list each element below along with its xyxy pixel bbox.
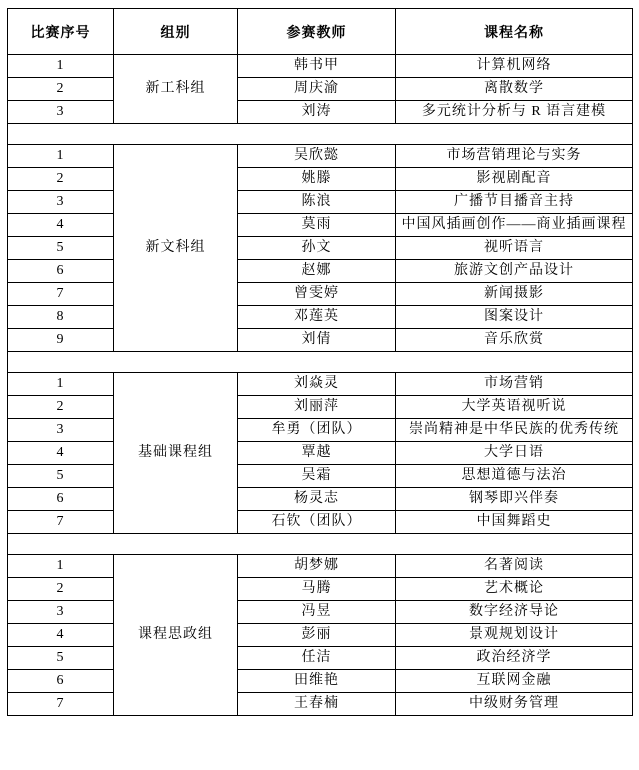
course-cell: 思想道德与法治 xyxy=(396,465,633,488)
competition-number-cell: 7 xyxy=(8,511,114,534)
table-row: 3牟勇（团队）崇尚精神是中华民族的优秀传统 xyxy=(8,419,633,442)
course-cell: 市场营销 xyxy=(396,373,633,396)
teacher-cell: 冯昱 xyxy=(238,601,396,624)
course-cell: 新闻摄影 xyxy=(396,283,633,306)
competition-number-cell: 7 xyxy=(8,283,114,306)
table-row: 1课程思政组胡梦娜名著阅读 xyxy=(8,555,633,578)
table-row: 2周庆渝离散数学 xyxy=(8,78,633,101)
competition-number-cell: 1 xyxy=(8,145,114,168)
table-row: 7曾雯婷新闻摄影 xyxy=(8,283,633,306)
table-row: 3冯昱数字经济导论 xyxy=(8,601,633,624)
group-cell: 新文科组 xyxy=(114,145,238,352)
competition-number-cell: 4 xyxy=(8,624,114,647)
table-row: 7王春楠中级财务管理 xyxy=(8,693,633,716)
teacher-cell: 吴欣懿 xyxy=(238,145,396,168)
course-cell: 影视剧配音 xyxy=(396,168,633,191)
teacher-cell: 姚滕 xyxy=(238,168,396,191)
competition-number-cell: 9 xyxy=(8,329,114,352)
teacher-cell: 韩书甲 xyxy=(238,55,396,78)
course-cell: 市场营销理论与实务 xyxy=(396,145,633,168)
course-cell: 大学日语 xyxy=(396,442,633,465)
table-row: 2刘丽萍大学英语视听说 xyxy=(8,396,633,419)
course-cell: 多元统计分析与 R 语言建模 xyxy=(396,101,633,124)
table-row: 1基础课程组刘焱灵市场营销 xyxy=(8,373,633,396)
competition-number-cell: 4 xyxy=(8,442,114,465)
table-row: 6田维艳互联网金融 xyxy=(8,670,633,693)
competition-number-cell: 2 xyxy=(8,578,114,601)
teacher-cell: 彭丽 xyxy=(238,624,396,647)
course-cell: 政治经济学 xyxy=(396,647,633,670)
competition-number-cell: 3 xyxy=(8,601,114,624)
section-separator-row xyxy=(8,352,633,373)
teacher-cell: 王春楠 xyxy=(238,693,396,716)
teacher-cell: 刘丽萍 xyxy=(238,396,396,419)
section-separator-row xyxy=(8,534,633,555)
course-cell: 中国舞蹈史 xyxy=(396,511,633,534)
header-course-name: 课程名称 xyxy=(396,9,633,55)
header-row: 比赛序号 组别 参赛教师 课程名称 xyxy=(8,9,633,55)
teacher-cell: 杨灵志 xyxy=(238,488,396,511)
section-separator-row xyxy=(8,124,633,145)
competition-number-cell: 6 xyxy=(8,260,114,283)
table-row: 2马腾艺术概论 xyxy=(8,578,633,601)
teacher-cell: 周庆渝 xyxy=(238,78,396,101)
course-cell: 视听语言 xyxy=(396,237,633,260)
teacher-cell: 刘焱灵 xyxy=(238,373,396,396)
competition-number-cell: 3 xyxy=(8,101,114,124)
teacher-cell: 马腾 xyxy=(238,578,396,601)
separator-cell xyxy=(8,534,633,555)
header-competition-number: 比赛序号 xyxy=(8,9,114,55)
competition-roster-table: 比赛序号 组别 参赛教师 课程名称 1新工科组韩书甲计算机网络2周庆渝离散数学3… xyxy=(7,8,633,716)
course-cell: 计算机网络 xyxy=(396,55,633,78)
competition-number-cell: 1 xyxy=(8,373,114,396)
competition-number-cell: 1 xyxy=(8,555,114,578)
table-row: 6杨灵志钢琴即兴伴奏 xyxy=(8,488,633,511)
header-teacher: 参赛教师 xyxy=(238,9,396,55)
teacher-cell: 吴霜 xyxy=(238,465,396,488)
competition-number-cell: 2 xyxy=(8,78,114,101)
teacher-cell: 孙文 xyxy=(238,237,396,260)
document-page: 比赛序号 组别 参赛教师 课程名称 1新工科组韩书甲计算机网络2周庆渝离散数学3… xyxy=(0,0,639,716)
course-cell: 中国风插画创作——商业插画课程 xyxy=(396,214,633,237)
teacher-cell: 莫雨 xyxy=(238,214,396,237)
course-cell: 旅游文创产品设计 xyxy=(396,260,633,283)
teacher-cell: 刘倩 xyxy=(238,329,396,352)
group-cell: 基础课程组 xyxy=(114,373,238,534)
teacher-cell: 曾雯婷 xyxy=(238,283,396,306)
competition-number-cell: 6 xyxy=(8,488,114,511)
table-row: 4莫雨中国风插画创作——商业插画课程 xyxy=(8,214,633,237)
competition-number-cell: 5 xyxy=(8,647,114,670)
table-row: 1新文科组吴欣懿市场营销理论与实务 xyxy=(8,145,633,168)
competition-number-cell: 1 xyxy=(8,55,114,78)
competition-number-cell: 6 xyxy=(8,670,114,693)
course-cell: 钢琴即兴伴奏 xyxy=(396,488,633,511)
course-cell: 景观规划设计 xyxy=(396,624,633,647)
teacher-cell: 任洁 xyxy=(238,647,396,670)
competition-number-cell: 3 xyxy=(8,191,114,214)
teacher-cell: 石钦（团队） xyxy=(238,511,396,534)
competition-number-cell: 3 xyxy=(8,419,114,442)
table-row: 2姚滕影视剧配音 xyxy=(8,168,633,191)
table-row: 5吴霜思想道德与法治 xyxy=(8,465,633,488)
table-row: 3刘涛多元统计分析与 R 语言建模 xyxy=(8,101,633,124)
teacher-cell: 邓莲英 xyxy=(238,306,396,329)
competition-number-cell: 5 xyxy=(8,237,114,260)
table-row: 5任洁政治经济学 xyxy=(8,647,633,670)
teacher-cell: 胡梦娜 xyxy=(238,555,396,578)
course-cell: 音乐欣赏 xyxy=(396,329,633,352)
table-row: 7石钦（团队）中国舞蹈史 xyxy=(8,511,633,534)
competition-number-cell: 4 xyxy=(8,214,114,237)
table-row: 8邓莲英图案设计 xyxy=(8,306,633,329)
table-row: 6赵娜旅游文创产品设计 xyxy=(8,260,633,283)
course-cell: 艺术概论 xyxy=(396,578,633,601)
teacher-cell: 牟勇（团队） xyxy=(238,419,396,442)
teacher-cell: 陈浪 xyxy=(238,191,396,214)
table-row: 9刘倩音乐欣赏 xyxy=(8,329,633,352)
competition-number-cell: 2 xyxy=(8,168,114,191)
table-row: 4覃越大学日语 xyxy=(8,442,633,465)
separator-cell xyxy=(8,124,633,145)
group-cell: 新工科组 xyxy=(114,55,238,124)
course-cell: 崇尚精神是中华民族的优秀传统 xyxy=(396,419,633,442)
table-row: 4彭丽景观规划设计 xyxy=(8,624,633,647)
table-row: 1新工科组韩书甲计算机网络 xyxy=(8,55,633,78)
group-cell: 课程思政组 xyxy=(114,555,238,716)
competition-number-cell: 5 xyxy=(8,465,114,488)
table-body: 1新工科组韩书甲计算机网络2周庆渝离散数学3刘涛多元统计分析与 R 语言建模1新… xyxy=(8,55,633,716)
teacher-cell: 赵娜 xyxy=(238,260,396,283)
competition-number-cell: 7 xyxy=(8,693,114,716)
course-cell: 数字经济导论 xyxy=(396,601,633,624)
teacher-cell: 刘涛 xyxy=(238,101,396,124)
course-cell: 互联网金融 xyxy=(396,670,633,693)
course-cell: 中级财务管理 xyxy=(396,693,633,716)
course-cell: 广播节目播音主持 xyxy=(396,191,633,214)
course-cell: 图案设计 xyxy=(396,306,633,329)
table-row: 3陈浪广播节目播音主持 xyxy=(8,191,633,214)
separator-cell xyxy=(8,352,633,373)
course-cell: 名著阅读 xyxy=(396,555,633,578)
course-cell: 离散数学 xyxy=(396,78,633,101)
competition-number-cell: 2 xyxy=(8,396,114,419)
course-cell: 大学英语视听说 xyxy=(396,396,633,419)
table-row: 5孙文视听语言 xyxy=(8,237,633,260)
teacher-cell: 覃越 xyxy=(238,442,396,465)
header-group: 组别 xyxy=(114,9,238,55)
competition-number-cell: 8 xyxy=(8,306,114,329)
teacher-cell: 田维艳 xyxy=(238,670,396,693)
